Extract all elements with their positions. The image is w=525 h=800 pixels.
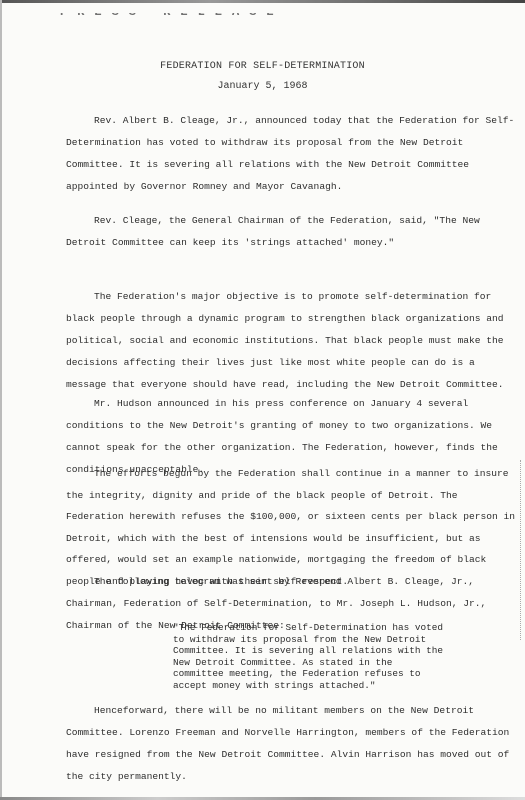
press-release-stamp-text: PRESS RELEASE [60, 13, 284, 19]
scan-left-edge [0, 0, 2, 800]
paragraph-objective: The Federation's major objective is to p… [66, 286, 518, 396]
paragraph-chairman-quote: Rev. Cleage, the General Chairman of the… [66, 210, 518, 254]
document-date: January 5, 1968 [0, 81, 525, 92]
paragraph-resignations: Henceforward, there will be no militant … [66, 700, 518, 788]
scan-top-edge [0, 0, 525, 3]
document-title: FEDERATION FOR SELF-DETERMINATION [0, 61, 525, 72]
press-release-stamp: PRESS RELEASE [60, 13, 284, 20]
paragraph-announcement: Rev. Albert B. Cleage, Jr., announced to… [66, 110, 518, 198]
scan-artifact [518, 460, 521, 640]
telegram-quote: "The Federation for Self-Determination h… [173, 622, 445, 691]
